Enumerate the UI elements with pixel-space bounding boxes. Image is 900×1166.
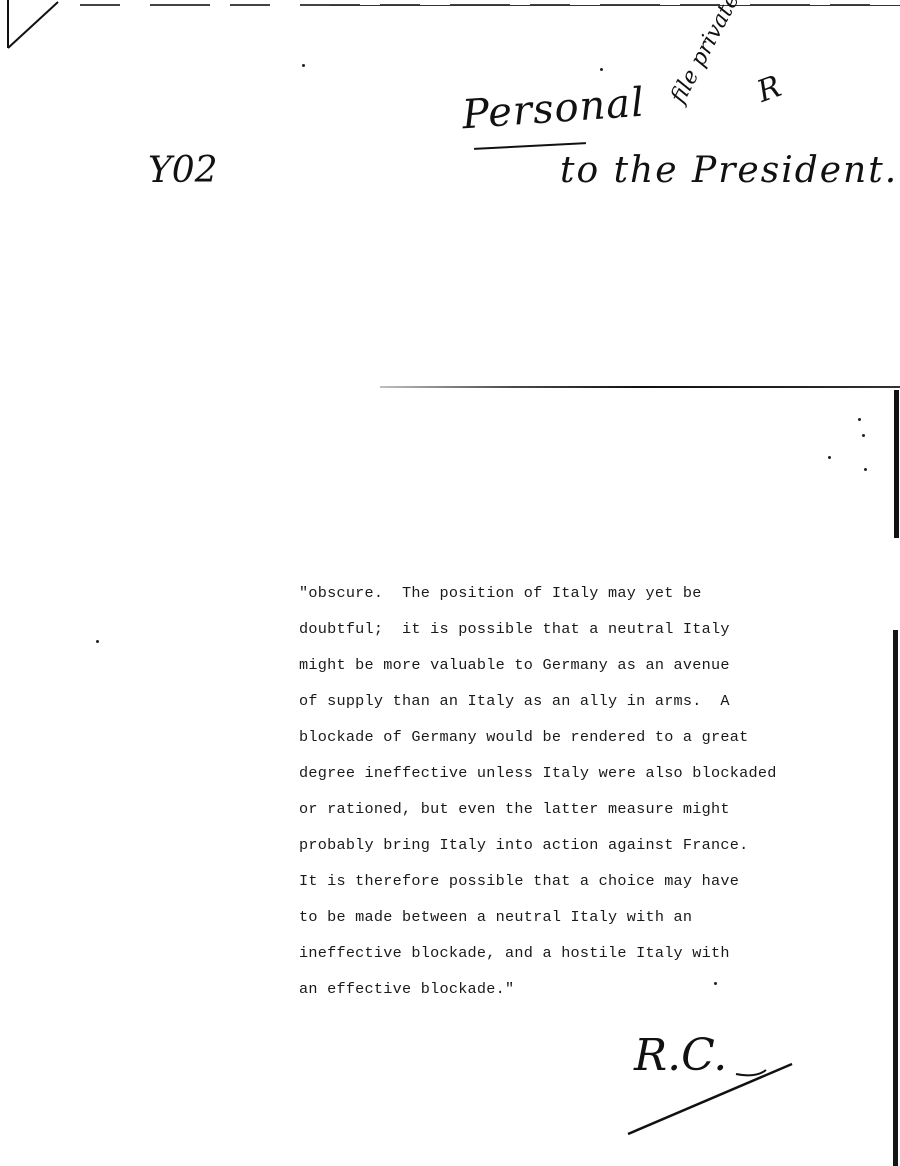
body-line: doubtful; it is possible that a neutral … — [299, 616, 879, 652]
handwritten-initial: R — [753, 69, 786, 110]
body-line: an effective blockade." — [299, 976, 879, 1012]
handwritten-underline — [474, 142, 586, 150]
corner-fold-mark — [0, 0, 60, 60]
typed-body: "obscure. The position of Italy may yet … — [299, 580, 879, 1012]
scan-speck — [96, 640, 99, 643]
handwritten-personal: Personal — [461, 80, 647, 139]
body-line: or rationed, but even the latter measure… — [299, 796, 879, 832]
handwritten-reference-mark: Y02 — [148, 150, 218, 191]
body-line: of supply than an Italy as an ally in ar… — [299, 688, 879, 724]
body-line: probably bring Italy into action against… — [299, 832, 879, 868]
body-line: It is therefore possible that a choice m… — [299, 868, 879, 904]
scan-speck — [600, 68, 603, 71]
signature-underline — [626, 1030, 806, 1140]
signature: R.C. — [626, 1030, 806, 1140]
body-line: to be made between a neutral Italy with … — [299, 904, 879, 940]
document-page: Y02 Personal to the President. file priv… — [0, 0, 900, 1166]
sheet-overlap-edge — [380, 386, 900, 388]
body-line: degree ineffective unless Italy were als… — [299, 760, 879, 796]
scan-speck — [862, 434, 865, 437]
scan-speck — [828, 456, 831, 459]
scan-speck — [858, 418, 861, 421]
scan-top-edge-line — [330, 5, 900, 6]
scan-speck — [302, 64, 305, 67]
body-line: "obscure. The position of Italy may yet … — [299, 580, 879, 616]
scan-right-edge-lower — [893, 630, 898, 1166]
body-line: might be more valuable to Germany as an … — [299, 652, 879, 688]
handwritten-file-note: file private — [666, 0, 745, 108]
handwritten-to-the-president: to the President. — [560, 150, 898, 191]
scan-speck — [864, 468, 867, 471]
body-line: ineffective blockade, and a hostile Ital… — [299, 940, 879, 976]
body-line: blockade of Germany would be rendered to… — [299, 724, 879, 760]
scan-right-edge-upper — [894, 390, 899, 538]
